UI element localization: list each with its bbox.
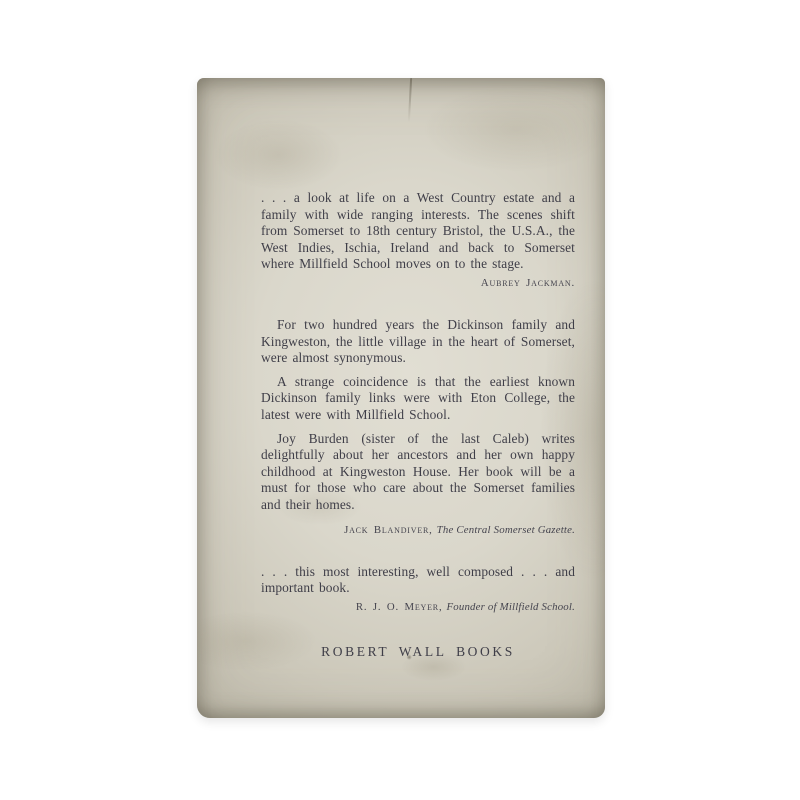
attribution-name: Jack Blandiver, [344,524,433,536]
blurb-content: . . . a look at life on a West Country e… [261,190,575,614]
attribution-name: R. J. O. Meyer, [356,601,443,613]
attribution: Aubrey Jackman. [261,276,575,290]
blurb-paragraph: . . . a look at life on a West Country e… [261,190,575,273]
blurb-paragraph: A strange coincidence is that the earlie… [261,374,575,424]
attribution-source: Founder of Millfield School. [446,601,575,613]
book-back-cover: . . . a look at life on a West Country e… [197,78,605,718]
attribution-source: The Central Somerset Gazette. [437,524,575,536]
blurb-paragraph: . . . this most interesting, well compos… [261,564,575,597]
blurb-paragraph: Joy Burden (sister of the last Caleb) wr… [261,431,575,514]
attribution: R. J. O. Meyer,Founder of Millfield Scho… [261,600,575,614]
publisher-imprint: ROBERT WALL BOOKS [261,644,575,660]
attribution: Jack Blandiver,The Central Somerset Gaze… [261,523,575,537]
photo-background: . . . a look at life on a West Country e… [0,0,800,800]
jacket-crease-mark [408,78,412,122]
attribution-name: Aubrey Jackman. [481,277,575,289]
blurb-paragraph: For two hundred years the Dickinson fami… [261,317,575,367]
